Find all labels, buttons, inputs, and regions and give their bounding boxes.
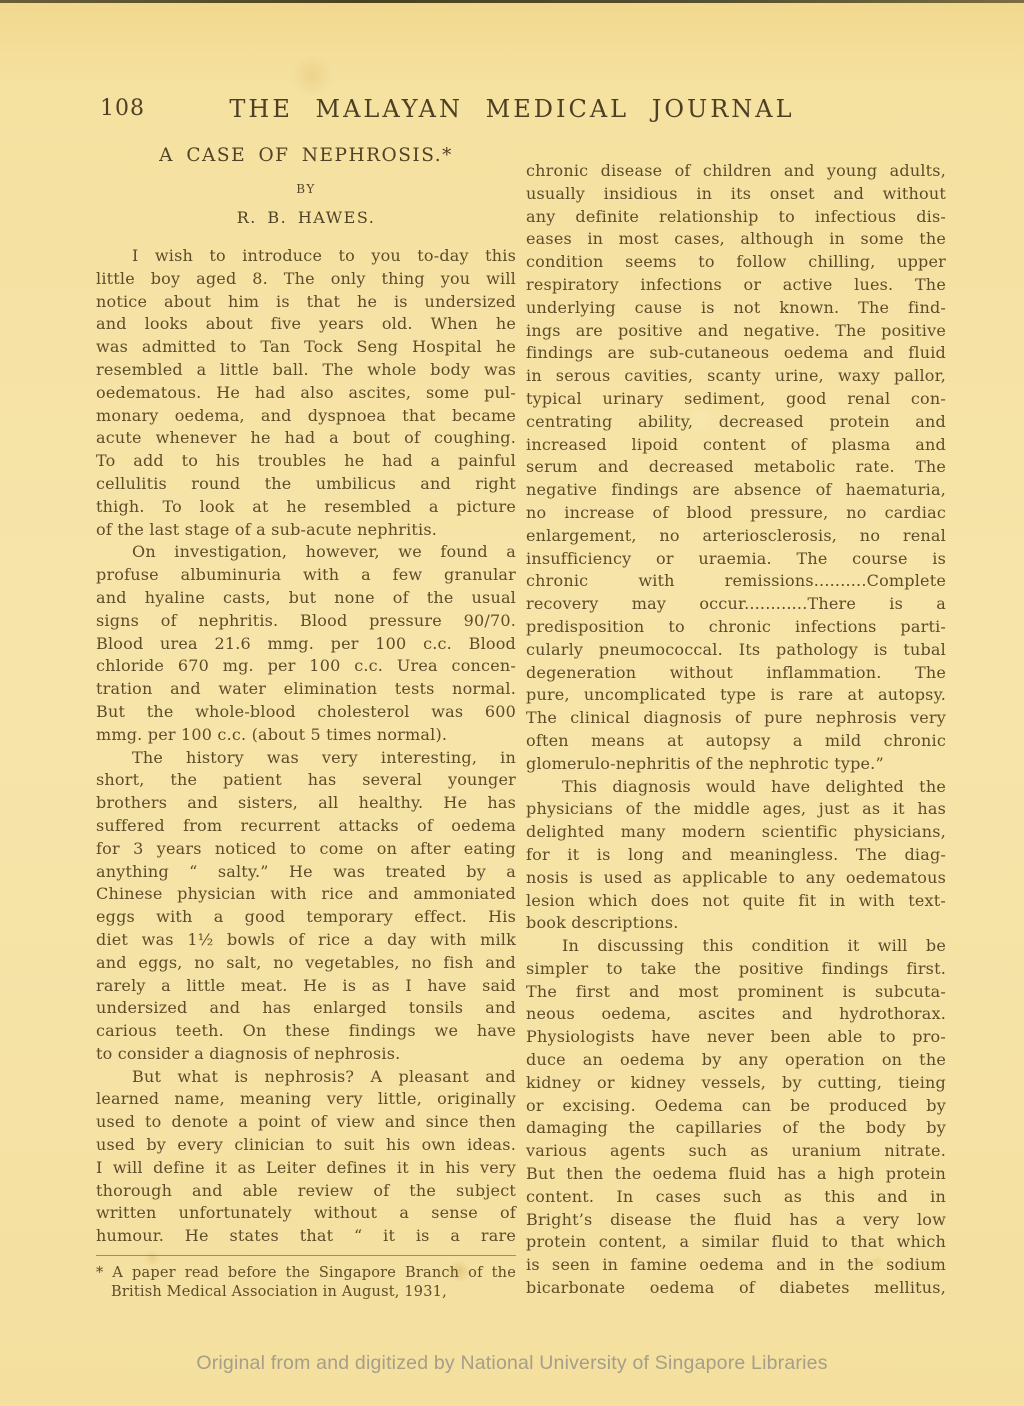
text-line: degeneration without inflammation. The [526, 662, 946, 685]
text-line: for 3 years noticed to come on after eat… [96, 838, 516, 861]
text-line: Blood urea 21.6 mmg. per 100 c.c. Blood [96, 633, 516, 656]
text-line: oedematous. He had also ascites, some pu… [96, 382, 516, 405]
text-line: In discussing this condition it will be [526, 935, 946, 958]
text-line: mmg. per 100 c.c. (about 5 times normal)… [96, 724, 516, 747]
text-line: This diagnosis would have delighted the [526, 776, 946, 799]
text-line: pure, uncomplicated type is rare at auto… [526, 684, 946, 707]
text-line: notice about him is that he is undersize… [96, 291, 516, 314]
text-line: book descriptions. [526, 912, 946, 935]
text-line: serum and decreased metabolic rate. The [526, 456, 946, 479]
text-line: tration and water elimination tests norm… [96, 678, 516, 701]
text-line: underlying cause is not known. The find- [526, 297, 946, 320]
text-line: acute whenever he had a bout of coughing… [96, 427, 516, 450]
text-line: centrating ability, decreased protein an… [526, 411, 946, 434]
text-line: usually insidious in its onset and witho… [526, 183, 946, 206]
text-line: neous oedema, ascites and hydrothorax. [526, 1003, 946, 1026]
text-line: respiratory infections or active lues. T… [526, 274, 946, 297]
text-line: The clinical diagnosis of pure nephrosis… [526, 707, 946, 730]
paragraph: I wish to introduce to you to-day thisli… [96, 245, 516, 541]
text-line: ings are positive and negative. The posi… [526, 320, 946, 343]
right-column-text: chronic disease of children and young ad… [526, 160, 946, 1300]
text-line: used by every clinician to suit his own … [96, 1134, 516, 1157]
text-line: chloride 670 mg. per 100 c.c. Urea conce… [96, 655, 516, 678]
paragraph: But what is nephrosis? A pleasant andlea… [96, 1066, 516, 1248]
text-line: thigh. To look at he resembled a picture [96, 496, 516, 519]
paragraph: The history was very interesting, inshor… [96, 747, 516, 1066]
text-line: Chinese physician with rice and ammoniat… [96, 883, 516, 906]
text-line: undersized and has enlarged tonsils and [96, 997, 516, 1020]
left-column-text: I wish to introduce to you to-day thisli… [96, 245, 516, 1248]
footnote: * A paper read before the Singapore Bran… [96, 1264, 516, 1302]
text-line: cellulitis round the umbilicus and right [96, 473, 516, 496]
author-name: R. B. HAWES. [96, 207, 516, 228]
text-line: lesion which does not quite fit in with … [526, 890, 946, 913]
text-line: The history was very interesting, in [96, 747, 516, 770]
text-line: signs of nephritis. Blood pressure 90/70… [96, 610, 516, 633]
text-line: typical urinary sediment, good renal con… [526, 388, 946, 411]
text-line: written unfortunately without a sense of [96, 1202, 516, 1225]
text-line: monary oedema, and dyspnoea that became [96, 405, 516, 428]
page-top-edge-rule [0, 0, 1024, 3]
text-line: resembled a little ball. The whole body … [96, 359, 516, 382]
left-column: A CASE OF NEPHROSIS.* BY R. B. HAWES. I … [96, 145, 516, 1302]
text-line: physicians of the middle ages, just as i… [526, 798, 946, 821]
text-line: of the last stage of a sub-acute nephrit… [96, 519, 516, 542]
text-line: profuse albuminuria with a few granular [96, 564, 516, 587]
text-line: was admitted to Tan Tock Seng Hospital h… [96, 336, 516, 359]
digitization-watermark: Original from and digitized by National … [0, 1352, 1024, 1375]
paragraph: This diagnosis would have delighted thep… [526, 776, 946, 936]
text-line: But what is nephrosis? A pleasant and [96, 1066, 516, 1089]
text-line: bicarbonate oedema of diabetes mellitus, [526, 1277, 946, 1300]
text-line: recovery may occur............There is a [526, 593, 946, 616]
text-line: brothers and sisters, all healthy. He ha… [96, 792, 516, 815]
article-title: A CASE OF NEPHROSIS.* [96, 145, 516, 167]
text-line: and looks about five years old. When he [96, 313, 516, 336]
text-line: rarely a little meat. He is as I have sa… [96, 975, 516, 998]
text-line: diet was 1½ bowls of rice a day with mil… [96, 929, 516, 952]
text-line: and eggs, no salt, no vegetables, no fis… [96, 952, 516, 975]
paragraph: chronic disease of children and young ad… [526, 160, 946, 776]
text-line: is seen in famine oedema and in the sodi… [526, 1254, 946, 1277]
byline: BY [96, 182, 516, 197]
footnote-line: British Medical Association in August, 1… [96, 1283, 516, 1302]
text-line: or excising. Oedema can be produced by [526, 1095, 946, 1118]
text-line: little boy aged 8. The only thing you wi… [96, 268, 516, 291]
text-line: and hyaline casts, but none of the usual [96, 587, 516, 610]
text-line: no increase of blood pressure, no cardia… [526, 502, 946, 525]
scanned-journal-page: { "page": { "number": "108", "journal_ti… [0, 0, 1024, 1406]
text-line: Physiologists have never been able to pr… [526, 1026, 946, 1049]
text-line: to consider a diagnosis of nephrosis. [96, 1043, 516, 1066]
text-line: chronic with remissions..........Complet… [526, 570, 946, 593]
text-line: condition seems to follow chilling, uppe… [526, 251, 946, 274]
text-line: I will define it as Leiter defines it in… [96, 1157, 516, 1180]
text-line: chronic disease of children and young ad… [526, 160, 946, 183]
right-column: chronic disease of children and young ad… [526, 143, 946, 1300]
text-line: kidney or kidney vessels, by cutting, ti… [526, 1072, 946, 1095]
text-line: content. In cases such as this and in [526, 1186, 946, 1209]
text-line: anything “ salty.” He was treated by a [96, 861, 516, 884]
text-line: enlargement, no arteriosclerosis, no ren… [526, 525, 946, 548]
text-line: The first and most prominent is subcuta- [526, 981, 946, 1004]
text-line: in serous cavities, scanty urine, waxy p… [526, 365, 946, 388]
text-line: simpler to take the positive findings fi… [526, 958, 946, 981]
text-line: duce an oedema by any operation on the [526, 1049, 946, 1072]
text-line: damaging the capillaries of the body by [526, 1117, 946, 1140]
text-line: findings are sub-cutaneous oedema and fl… [526, 342, 946, 365]
text-line: To add to his troubles he had a painful [96, 450, 516, 473]
text-line: suffered from recurrent attacks of oedem… [96, 815, 516, 838]
text-line: eggs with a good temporary effect. His [96, 906, 516, 929]
paragraph: In discussing this condition it will bes… [526, 935, 946, 1300]
footnote-divider [96, 1255, 516, 1256]
text-line: delighted many modern scientific physici… [526, 821, 946, 844]
text-line: predisposition to chronic infections par… [526, 616, 946, 639]
text-line: thorough and able review of the subject [96, 1180, 516, 1203]
text-line: protein content, a similar fluid to that… [526, 1231, 946, 1254]
text-line: On investigation, however, we found a [96, 541, 516, 564]
text-line: any definite relationship to infectious … [526, 206, 946, 229]
text-line: But then the oedema fluid has a high pro… [526, 1163, 946, 1186]
text-line: nosis is used as applicable to any oedem… [526, 867, 946, 890]
text-line: increased lipoid content of plasma and [526, 434, 946, 457]
text-line: learned name, meaning very little, origi… [96, 1088, 516, 1111]
text-line: cularly pneumococcal. Its pathology is t… [526, 639, 946, 662]
text-line: insufficiency or uraemia. The course is [526, 548, 946, 571]
text-line: often means at autopsy a mild chronic [526, 730, 946, 753]
text-line: carious teeth. On these findings we have [96, 1020, 516, 1043]
text-line: humour. He states that “ it is a rare [96, 1225, 516, 1248]
journal-title: THE MALAYAN MEDICAL JOURNAL [0, 95, 1024, 123]
text-line: I wish to introduce to you to-day this [96, 245, 516, 268]
text-line: for it is long and meaningless. The diag… [526, 844, 946, 867]
text-line: Bright’s disease the fluid has a very lo… [526, 1209, 946, 1232]
footnote-line: * A paper read before the Singapore Bran… [96, 1264, 516, 1283]
text-line: used to denote a point of view and since… [96, 1111, 516, 1134]
paragraph: On investigation, however, we found apro… [96, 541, 516, 746]
text-line: But the whole-blood cholesterol was 600 [96, 701, 516, 724]
text-line: short, the patient has several younger [96, 769, 516, 792]
text-line: eases in most cases, although in some th… [526, 228, 946, 251]
text-line: various agents such as uranium nitrate. [526, 1140, 946, 1163]
text-line: glomerulo-nephritis of the nephrotic typ… [526, 753, 946, 776]
text-line: negative findings are absence of haematu… [526, 479, 946, 502]
